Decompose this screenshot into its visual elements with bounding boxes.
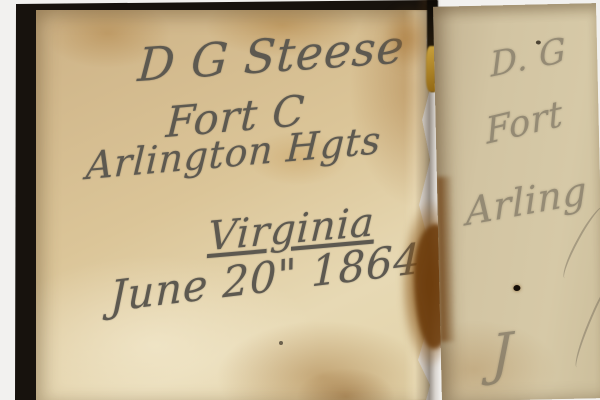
inscription-name: D G Steese xyxy=(136,19,406,92)
faint-inscription-place: Arling xyxy=(465,168,588,234)
pencil-stroke xyxy=(570,276,600,370)
ink-dot xyxy=(513,285,520,291)
left-endpaper-page: D G Steese Fort C Arlington Hgts Virgini… xyxy=(36,10,433,400)
faint-inscription-initial: J xyxy=(491,320,514,387)
right-endpaper-page: D. G Fort Arling J xyxy=(433,3,600,400)
right-page-edge-stain xyxy=(437,176,457,341)
faint-inscription-name: D. G xyxy=(489,30,567,86)
faint-inscription-fort: Fort xyxy=(484,93,565,152)
photo-of-book-inscription: D G Steese Fort C Arlington Hgts Virgini… xyxy=(0,0,600,400)
paper-speck xyxy=(279,341,283,345)
